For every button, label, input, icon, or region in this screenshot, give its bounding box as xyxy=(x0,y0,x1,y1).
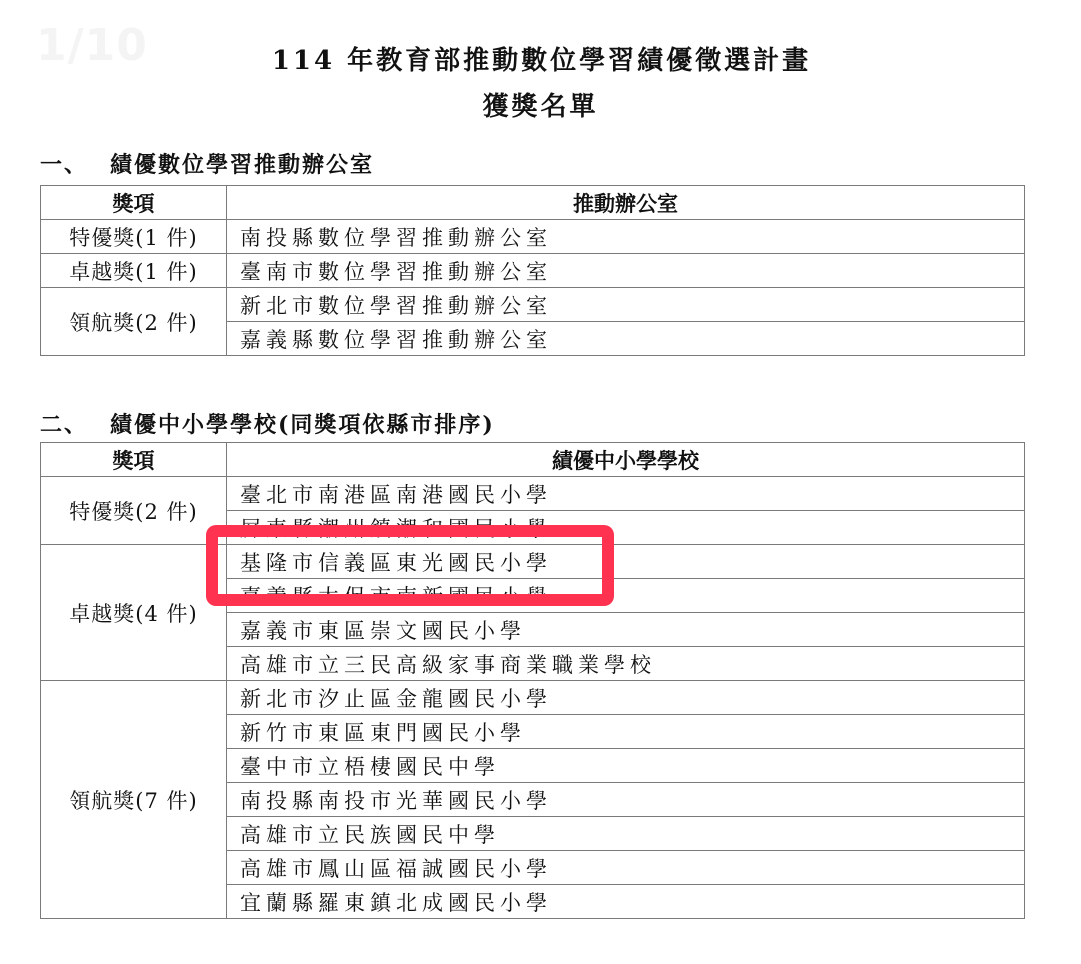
table-row: 卓越獎(1 件) 臺南市數位學習推動辦公室 xyxy=(41,254,1025,288)
section-1-heading: 一、績優數位學習推動辦公室 xyxy=(40,148,374,179)
award-category: 特優獎(2 件) xyxy=(41,477,227,545)
section-2-heading: 二、績優中小學學校(同獎項依縣市排序) xyxy=(40,408,495,439)
table-row: 領航獎(2 件) 新北市數位學習推動辦公室 xyxy=(41,288,1025,322)
award-category: 特優獎(1 件) xyxy=(41,220,227,254)
winner-entry: 高雄市鳳山區福誠國民小學 xyxy=(227,851,1025,885)
office-award-table: 獎項 推動辦公室 特優獎(1 件) 南投縣數位學習推動辦公室 卓越獎(1 件) … xyxy=(40,185,1025,356)
table-row: 領航獎(7 件) 新北市汐止區金龍國民小學 xyxy=(41,681,1025,715)
section-title: 績優數位學習推動辦公室 xyxy=(110,152,374,178)
winner-entry: 臺北市南港區南港國民小學 xyxy=(227,477,1025,511)
table-row: 特優獎(2 件) 臺北市南港區南港國民小學 xyxy=(41,477,1025,511)
column-header-school: 績優中小學學校 xyxy=(227,443,1025,477)
document-subtitle: 獲獎名單 xyxy=(0,86,1081,123)
winner-entry: 嘉義市東區崇文國民小學 xyxy=(227,613,1025,647)
winner-entry: 高雄市立三民高級家事商業職業學校 xyxy=(227,647,1025,681)
award-category: 領航獎(2 件) xyxy=(41,288,227,356)
school-award-table: 獎項 績優中小學學校 特優獎(2 件) 臺北市南港區南港國民小學 屏東縣潮州鎮潮… xyxy=(40,442,1025,919)
winner-entry: 嘉義縣太保市南新國民小學 xyxy=(227,579,1025,613)
table-row: 卓越獎(4 件) 基隆市信義區東光國民小學 xyxy=(41,545,1025,579)
section-number: 二、 xyxy=(40,408,110,439)
column-header-office: 推動辦公室 xyxy=(227,186,1025,220)
award-category: 卓越獎(4 件) xyxy=(41,545,227,681)
winner-entry: 新北市數位學習推動辦公室 xyxy=(227,288,1025,322)
section-number: 一、 xyxy=(40,148,110,179)
award-category: 領航獎(7 件) xyxy=(41,681,227,919)
winner-entry-highlighted: 基隆市信義區東光國民小學 xyxy=(227,545,1025,579)
winner-entry: 南投縣數位學習推動辦公室 xyxy=(227,220,1025,254)
section-title: 績優中小學學校(同獎項依縣市排序) xyxy=(110,412,495,438)
column-header-award: 獎項 xyxy=(41,186,227,220)
table-row: 特優獎(1 件) 南投縣數位學習推動辦公室 xyxy=(41,220,1025,254)
column-header-award: 獎項 xyxy=(41,443,227,477)
table-header-row: 獎項 績優中小學學校 xyxy=(41,443,1025,477)
winner-entry: 南投縣南投市光華國民小學 xyxy=(227,783,1025,817)
winner-entry: 嘉義縣數位學習推動辦公室 xyxy=(227,322,1025,356)
table-header-row: 獎項 推動辦公室 xyxy=(41,186,1025,220)
winner-entry: 宜蘭縣羅東鎮北成國民小學 xyxy=(227,885,1025,919)
award-category: 卓越獎(1 件) xyxy=(41,254,227,288)
winner-entry: 新竹市東區東門國民小學 xyxy=(227,715,1025,749)
winner-entry: 高雄市立民族國民中學 xyxy=(227,817,1025,851)
winner-entry: 臺南市數位學習推動辦公室 xyxy=(227,254,1025,288)
winner-entry: 新北市汐止區金龍國民小學 xyxy=(227,681,1025,715)
document-title: 114 年教育部推動數位學習績優徵選計畫 xyxy=(0,40,1081,77)
winner-entry: 屏東縣潮州鎮潮和國民小學 xyxy=(227,511,1025,545)
winner-entry: 臺中市立梧棲國民中學 xyxy=(227,749,1025,783)
